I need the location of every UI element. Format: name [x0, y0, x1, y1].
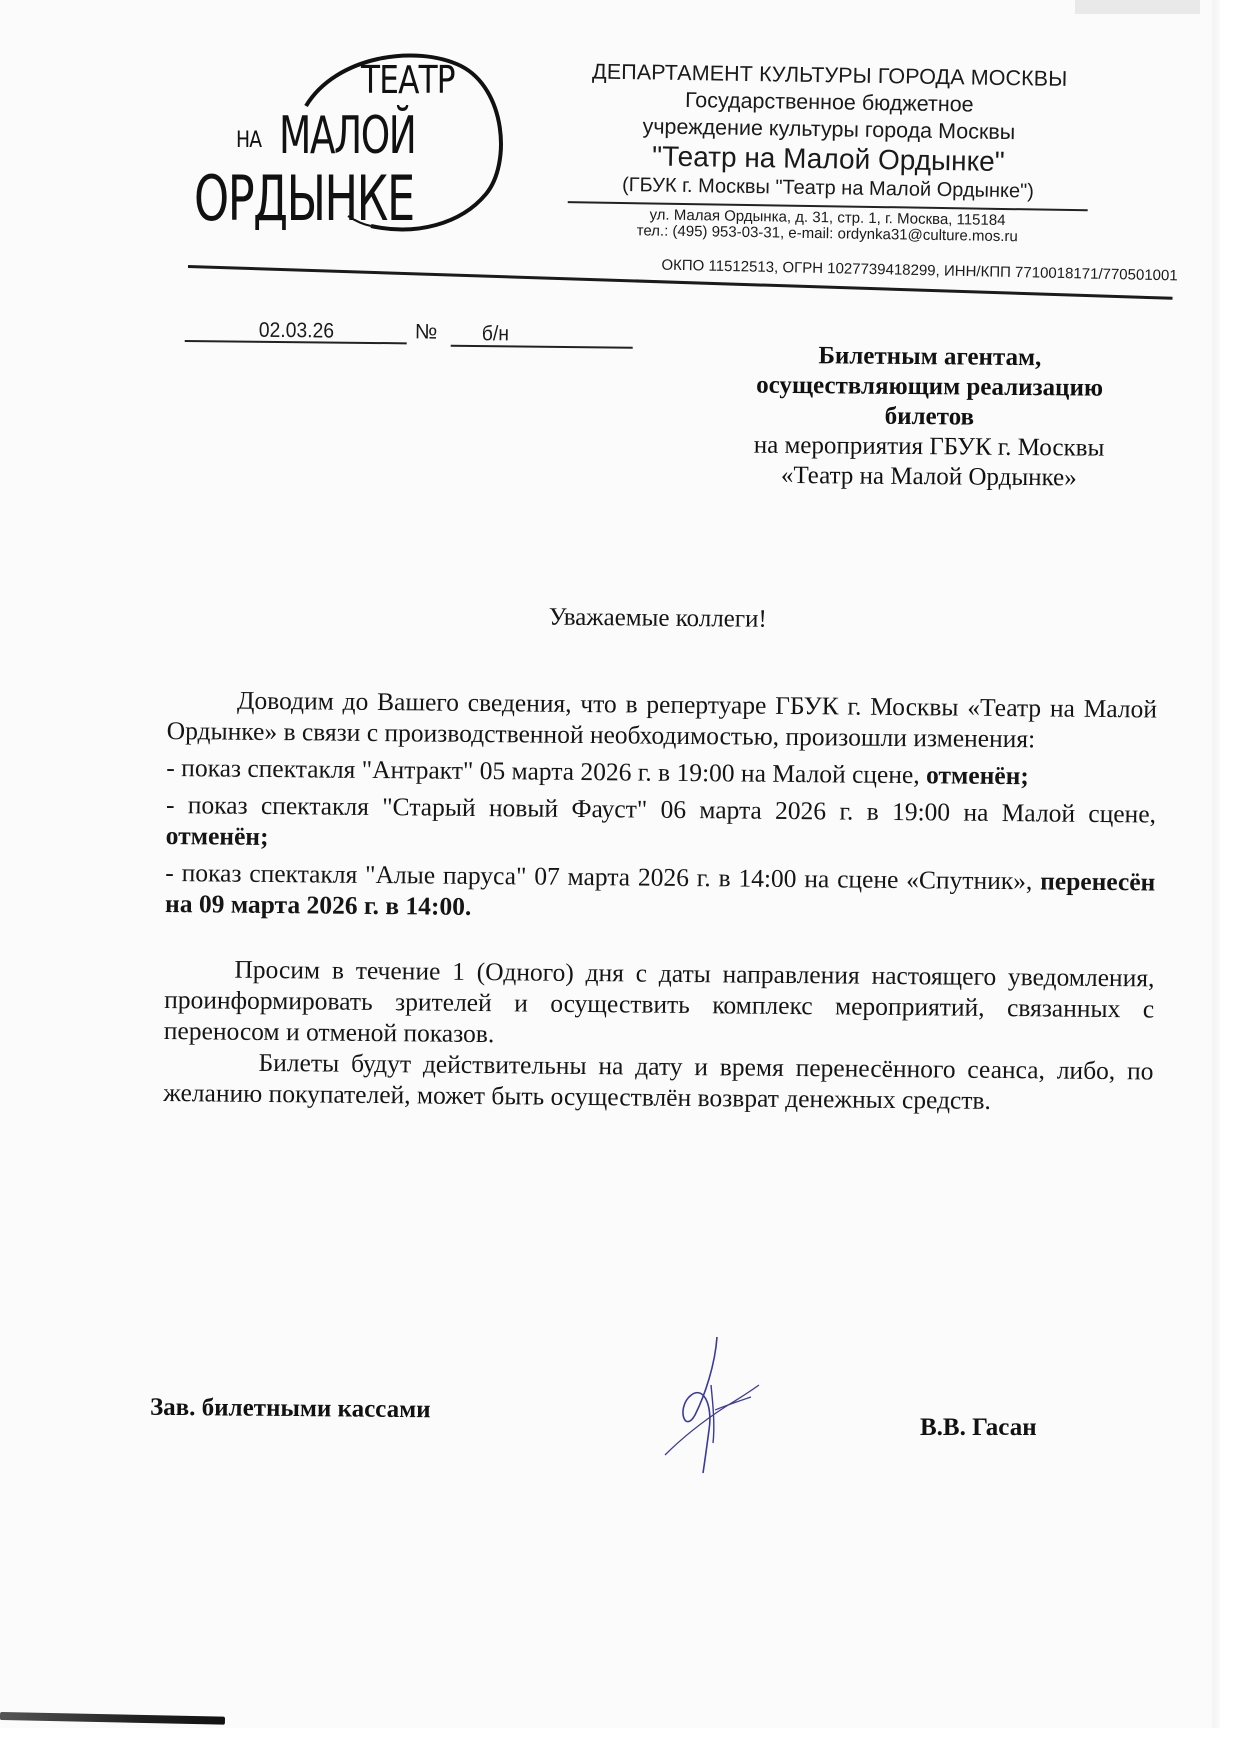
tickets-paragraph: Билеты будут действительны на дату и вре…	[163, 1046, 1154, 1118]
logo-text-maloy: МАЛОЙ	[279, 110, 415, 162]
logo-text-ordynke: ОРДЫНКЕ	[194, 168, 414, 230]
addressee-line: Билетным агентам,	[680, 340, 1180, 374]
number-sign: №	[415, 320, 438, 344]
letter-date: 02.03.26	[259, 319, 334, 344]
change-status: отменён;	[926, 760, 1029, 790]
change-item: - показ спектакля "Алые паруса" 07 марта…	[165, 857, 1156, 929]
signatory-position: Зав. билетными кассами	[150, 1394, 431, 1424]
theatre-logo: ТЕАТР НА МАЛОЙ ОРДЫНКЕ	[186, 44, 516, 234]
request-paragraph: Просим в течение 1 (Одного) дня с даты н…	[164, 953, 1155, 1055]
signatory-name: В.В. Гасан	[920, 1414, 1037, 1442]
addressee-line: осуществляющим реализацию	[679, 370, 1179, 404]
change-status: отменён;	[166, 821, 269, 851]
page-edge	[1212, 0, 1220, 1728]
addressee-line: «Театр на Малой Ордынке»	[679, 460, 1179, 494]
letter-number: б/н	[482, 322, 509, 346]
registration-line: 02.03.26 № б/н	[185, 316, 645, 351]
logo-text-na: НА	[236, 130, 261, 152]
number-underline	[451, 345, 633, 348]
addressee-line: билетов	[679, 400, 1179, 434]
handwritten-signature-icon	[655, 1335, 775, 1475]
change-text: - показ спектакля "Антракт" 05 марта 202…	[166, 753, 926, 789]
change-item: - показ спектакля "Старый новый Фауст" 0…	[166, 789, 1157, 861]
scan-artifact	[1075, 0, 1200, 14]
logo-text-teatr: ТЕАТР	[361, 61, 455, 99]
addressee-block: Билетным агентам, осуществляющим реализа…	[679, 340, 1180, 494]
letter-body: Уважаемые коллеги! Доводим до Вашего све…	[163, 600, 1158, 1117]
addressee-line: на мероприятия ГБУК г. Москвы	[679, 430, 1179, 464]
intro-paragraph: Доводим до Вашего сведения, что в реперт…	[167, 684, 1158, 756]
letterhead-header: ДЕПАРТАМЕНТ КУЛЬТУРЫ ГОРОДА МОСКВЫ Госуд…	[557, 58, 1100, 246]
